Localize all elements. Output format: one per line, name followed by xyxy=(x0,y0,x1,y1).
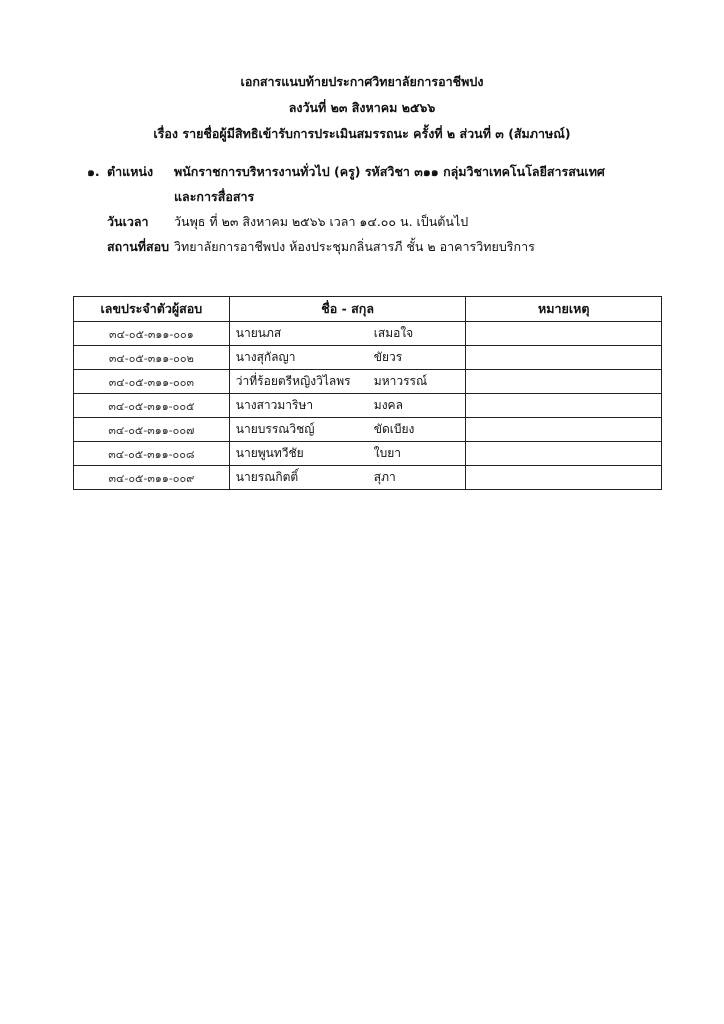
doc-title: เอกสารแนบท้ายประกาศวิทยาลัยการอาชีพปง xyxy=(0,72,724,92)
last-name: ใบยา xyxy=(374,446,401,460)
doc-date: ลงวันที่ ๒๓ สิงหาคม ๒๕๖๖ xyxy=(0,98,724,118)
remark xyxy=(466,418,662,442)
candidate-id: ๓๔-๐๕-๓๑๑-๐๐๙ xyxy=(74,466,230,490)
candidate-name: นางสาวมาริษามงคล xyxy=(229,394,466,418)
candidate-name: ว่าที่ร้อยตรีหญิงวิไลพรมหาวรรณ์ xyxy=(229,370,466,394)
candidate-id: ๓๔-๐๕-๓๑๑-๐๐๓ xyxy=(74,370,230,394)
candidate-id: ๓๔-๐๕-๓๑๑-๐๐๕ xyxy=(74,394,230,418)
candidate-id: ๓๔-๐๕-๓๑๑-๐๐๒ xyxy=(74,346,230,370)
table-row: ๓๔-๐๕-๓๑๑-๐๐๓ว่าที่ร้อยตรีหญิงวิไลพรมหาว… xyxy=(74,370,662,394)
table-header-row: เลขประจำตัวผู้สอบ ชื่อ - สกุล หมายเหตุ xyxy=(74,297,662,322)
position-label: ตำแหน่ง xyxy=(107,162,153,182)
last-name: ขัดเบียง xyxy=(374,422,415,436)
candidate-name: นายนภสเสมอใจ xyxy=(229,322,466,346)
table-row: ๓๔-๐๕-๓๑๑-๐๐๕นางสาวมาริษามงคล xyxy=(74,394,662,418)
venue-value: วิทยาลัยการอาชีพปง ห้องประชุมกลิ่นสารภี … xyxy=(174,237,535,257)
table-row: ๓๔-๐๕-๓๑๑-๐๐๑นายนภสเสมอใจ xyxy=(74,322,662,346)
doc-subject: เรื่อง รายชื่อผู้มีสิทธิเข้ารับการประเมิ… xyxy=(0,124,724,144)
candidate-id: ๓๔-๐๕-๓๑๑-๐๐๗ xyxy=(74,418,230,442)
last-name: มงคล xyxy=(374,398,403,412)
first-name: นายรณกิตติ์ xyxy=(236,468,374,487)
header-full-name: ชื่อ - สกุล xyxy=(229,297,466,322)
position-value-line1: พนักราชการบริหารงานทั่วไป (ครู) รหัสวิชา… xyxy=(174,162,605,182)
candidate-name: นายบรรณวิชญ์ขัดเบียง xyxy=(229,418,466,442)
remark xyxy=(466,394,662,418)
table-row: ๓๔-๐๕-๓๑๑-๐๐๒นางสุกัลญาขัยวร xyxy=(74,346,662,370)
remark xyxy=(466,466,662,490)
candidate-table: เลขประจำตัวผู้สอบ ชื่อ - สกุล หมายเหตุ ๓… xyxy=(73,296,662,490)
last-name: เสมอใจ xyxy=(374,326,413,340)
last-name: ขัยวร xyxy=(374,350,402,364)
datetime-value: วันพุธ ที่ ๒๓ สิงหาคม ๒๕๖๖ เวลา ๑๔.๐๐ น.… xyxy=(174,212,468,232)
candidate-name: นางสุกัลญาขัยวร xyxy=(229,346,466,370)
table-row: ๓๔-๐๕-๓๑๑-๐๐๘นายพูนทวีชัยใบยา xyxy=(74,442,662,466)
table-row: ๓๔-๐๕-๓๑๑-๐๐๗นายบรรณวิชญ์ขัดเบียง xyxy=(74,418,662,442)
first-name: นางสุกัลญา xyxy=(236,348,374,367)
candidate-id: ๓๔-๐๕-๓๑๑-๐๐๑ xyxy=(74,322,230,346)
candidate-name: นายรณกิตติ์สุภา xyxy=(229,466,466,490)
position-number: ๑. xyxy=(87,162,100,182)
last-name: สุภา xyxy=(374,470,396,484)
first-name: นายบรรณวิชญ์ xyxy=(236,420,374,439)
candidate-name: นายพูนทวีชัยใบยา xyxy=(229,442,466,466)
remark xyxy=(466,346,662,370)
first-name: ว่าที่ร้อยตรีหญิงวิไลพร xyxy=(236,372,374,391)
remark xyxy=(466,442,662,466)
venue-label: สถานที่สอบ xyxy=(107,237,169,257)
datetime-label: วันเวลา xyxy=(107,212,149,232)
remark xyxy=(466,322,662,346)
candidate-id: ๓๔-๐๕-๓๑๑-๐๐๘ xyxy=(74,442,230,466)
first-name: นายนภส xyxy=(236,324,374,343)
table-row: ๓๔-๐๕-๓๑๑-๐๐๙นายรณกิตติ์สุภา xyxy=(74,466,662,490)
remark xyxy=(466,370,662,394)
header-candidate-id: เลขประจำตัวผู้สอบ xyxy=(74,297,230,322)
header-remarks: หมายเหตุ xyxy=(466,297,662,322)
position-value-line2: และการสื่อสาร xyxy=(174,187,254,207)
last-name: มหาวรรณ์ xyxy=(374,374,427,388)
first-name: นางสาวมาริษา xyxy=(236,396,374,415)
first-name: นายพูนทวีชัย xyxy=(236,444,374,463)
